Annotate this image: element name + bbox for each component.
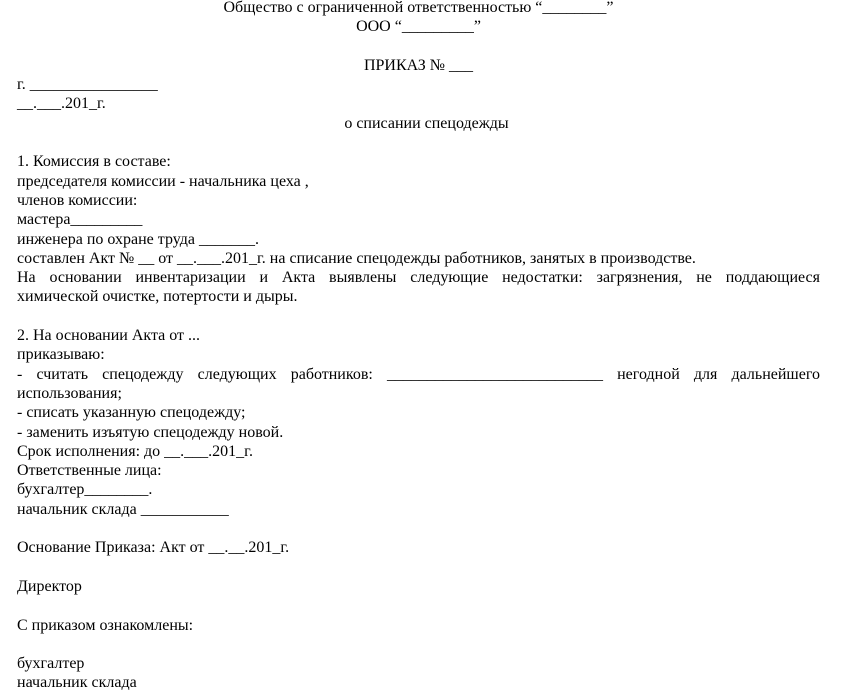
document-subject: о списании спецодежды — [17, 114, 820, 133]
section1-heading: 1. Комиссия в составе: — [17, 152, 820, 171]
acknowledged-label: С приказом ознакомлены: — [17, 616, 820, 635]
responsible-label: Ответственные лица: — [17, 461, 820, 480]
company-full-name: Общество с ограниченной ответственностью… — [17, 0, 820, 17]
commission-chairman: председателя комиссии - начальника цеха … — [17, 172, 820, 191]
order-word: приказываю: — [17, 345, 820, 364]
commission-members-label: членов комиссии: — [17, 191, 820, 210]
document-title: ПРИКАЗ № ___ — [17, 56, 820, 75]
date-field: __.___.201_г. — [17, 94, 820, 113]
commission-member-engineer: инженера по охране труда _______. — [17, 230, 820, 249]
findings-line-1: На основании инвентаризации и Акта выявл… — [17, 268, 820, 287]
section2-heading: 2. На основании Акта от ... — [17, 326, 820, 345]
signer-accountant: бухгалтер — [17, 654, 820, 673]
order-document: Общество с ограниченной ответственностью… — [17, 0, 820, 693]
order-item-1-line-2: использования; — [17, 384, 820, 403]
order-item-3: - заменить изъятую спецодежду новой. — [17, 423, 820, 442]
company-short-name: ООО “_________” — [17, 17, 820, 36]
city-field: г. ________________ — [17, 75, 820, 94]
order-basis: Основание Приказа: Акт от __.__.201_г. — [17, 538, 820, 557]
responsible-accountant: бухгалтер________. — [17, 480, 820, 499]
responsible-warehouse-head: начальник склада ___________ — [17, 500, 820, 519]
signer-warehouse-head: начальник склада — [17, 673, 820, 692]
findings-line-2: химической очистке, потертости и дыры. — [17, 287, 820, 306]
order-item-2: - списать указанную спецодежду; — [17, 403, 820, 422]
act-statement: составлен Акт № __ от __.___.201_г. на с… — [17, 249, 820, 268]
deadline: Срок исполнения: до __.___.201_г. — [17, 442, 820, 461]
order-item-1-line-1: - считать спецодежду следующих работнико… — [17, 365, 820, 384]
commission-member-master: мастера_________ — [17, 210, 820, 229]
director-signature: Директор — [17, 577, 820, 596]
